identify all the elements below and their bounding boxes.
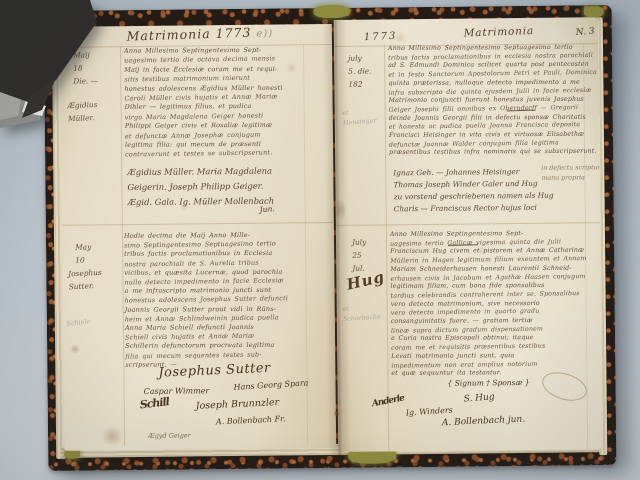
spine-fabric-top (314, 5, 350, 18)
entry1-body-text: Anno Millesimo Septingentesimo Sept-uage… (124, 45, 309, 160)
signature-bollenbach-right: A. Bollenbach jun. (442, 415, 526, 429)
handwritten-line: July (352, 236, 366, 249)
entry2-margin-date: May10 (75, 241, 91, 267)
left-page-header-flourish: e)) (256, 28, 273, 40)
stain (69, 345, 81, 354)
r-entry1-body-text: Anno Millesimo Septingentesimo Septuages… (388, 43, 591, 158)
entry2-margin-pencil-note: Schiele (66, 318, 90, 330)
signature-s-hug: S. Hug (463, 392, 495, 404)
stain (98, 428, 126, 444)
handwritten-line: 5. die. (348, 65, 371, 78)
handwritten-line: july (348, 52, 371, 65)
fabric-corner-top-right (584, 6, 604, 17)
ink-dot (334, 410, 340, 417)
r-entry1-margin-date: july5. die.182 (348, 52, 372, 91)
handwritten-line: 182 (348, 78, 371, 91)
signature-spara: Hans Georg Spara (233, 378, 308, 392)
signature-winders: Ig. Winders (406, 406, 453, 418)
book-gutter-shadow (323, 20, 352, 456)
handwritten-line: Sutter. (68, 279, 102, 294)
handwritten-line: Geigerin. Joseph Philipp Geiger. (127, 179, 274, 196)
handwritten-line: May (75, 241, 91, 254)
signum-sponsae-bracket: { Signum † Sponsæ } (447, 378, 529, 388)
left-page-footnote: Ægyd Geiger (148, 431, 191, 439)
handwritten-line: contraxerunt et testes se subscripserunt… (125, 148, 309, 160)
handwritten-line: Hensinger (343, 116, 377, 129)
handwritten-line: Ægidius Müller. Maria Magdalena (127, 164, 274, 181)
handwritten-line: 25 (352, 249, 366, 262)
right-page: 1773 Matrimonia N. 3 july5. die.182 etHe… (334, 17, 603, 452)
right-page-header: Matrimonia (442, 24, 556, 40)
stain (286, 62, 297, 73)
right-page-number: N. 3 (575, 27, 594, 38)
handwritten-line: præsentibus testibus infra nominatis qui… (389, 148, 591, 158)
entry2-body-text: Hodie decima die Maij Anno Mille-simo Se… (124, 230, 313, 370)
dark-corner-flap (0, 0, 140, 140)
signature-bollenbach-left: A. Bollenbach Fr. (216, 414, 286, 426)
stain (474, 246, 488, 255)
r-entry2-margin-date: July25Jul. (352, 236, 367, 275)
stain (392, 33, 408, 42)
handwritten-line: 10 (75, 254, 91, 267)
entry2-margin-name: JosephusSutter. (68, 266, 103, 293)
entry-separator-right-page (336, 222, 600, 226)
r-entry2-margin-monogram: Hug (345, 268, 387, 294)
stain (180, 203, 189, 210)
r-entry1-signatures: Ignaz Geh. — Johannes HeisingerThomas Jo… (393, 166, 554, 216)
signature-scribble: Schill (139, 395, 169, 411)
signature-wimmer: Caspar Wimmer (144, 386, 210, 396)
r-entry2-body-text: Anno Millesimo Septingentesimo Sept-uage… (390, 229, 594, 379)
entry1-signatures: Ægidius Müller. Maria MagdalenaGeigerin.… (127, 164, 274, 211)
entry-separator-left-page (62, 222, 334, 226)
photograph-of-marriage-register: 17 7312 Matrimonia 1773 e)) Maij18Die. —… (0, 0, 640, 480)
entry1-signature-tail: Jun. (259, 204, 275, 214)
signature-brunnzler: Joseph Brunnzler (196, 397, 280, 412)
handwritten-line: Charis — Franciscus Rector hujus loci (394, 202, 554, 216)
left-page-header-text: Matrimonia 1773 (126, 25, 251, 44)
handwritten-line: Ægid. Gala. Ig. Müller Mollenbach (128, 194, 275, 211)
